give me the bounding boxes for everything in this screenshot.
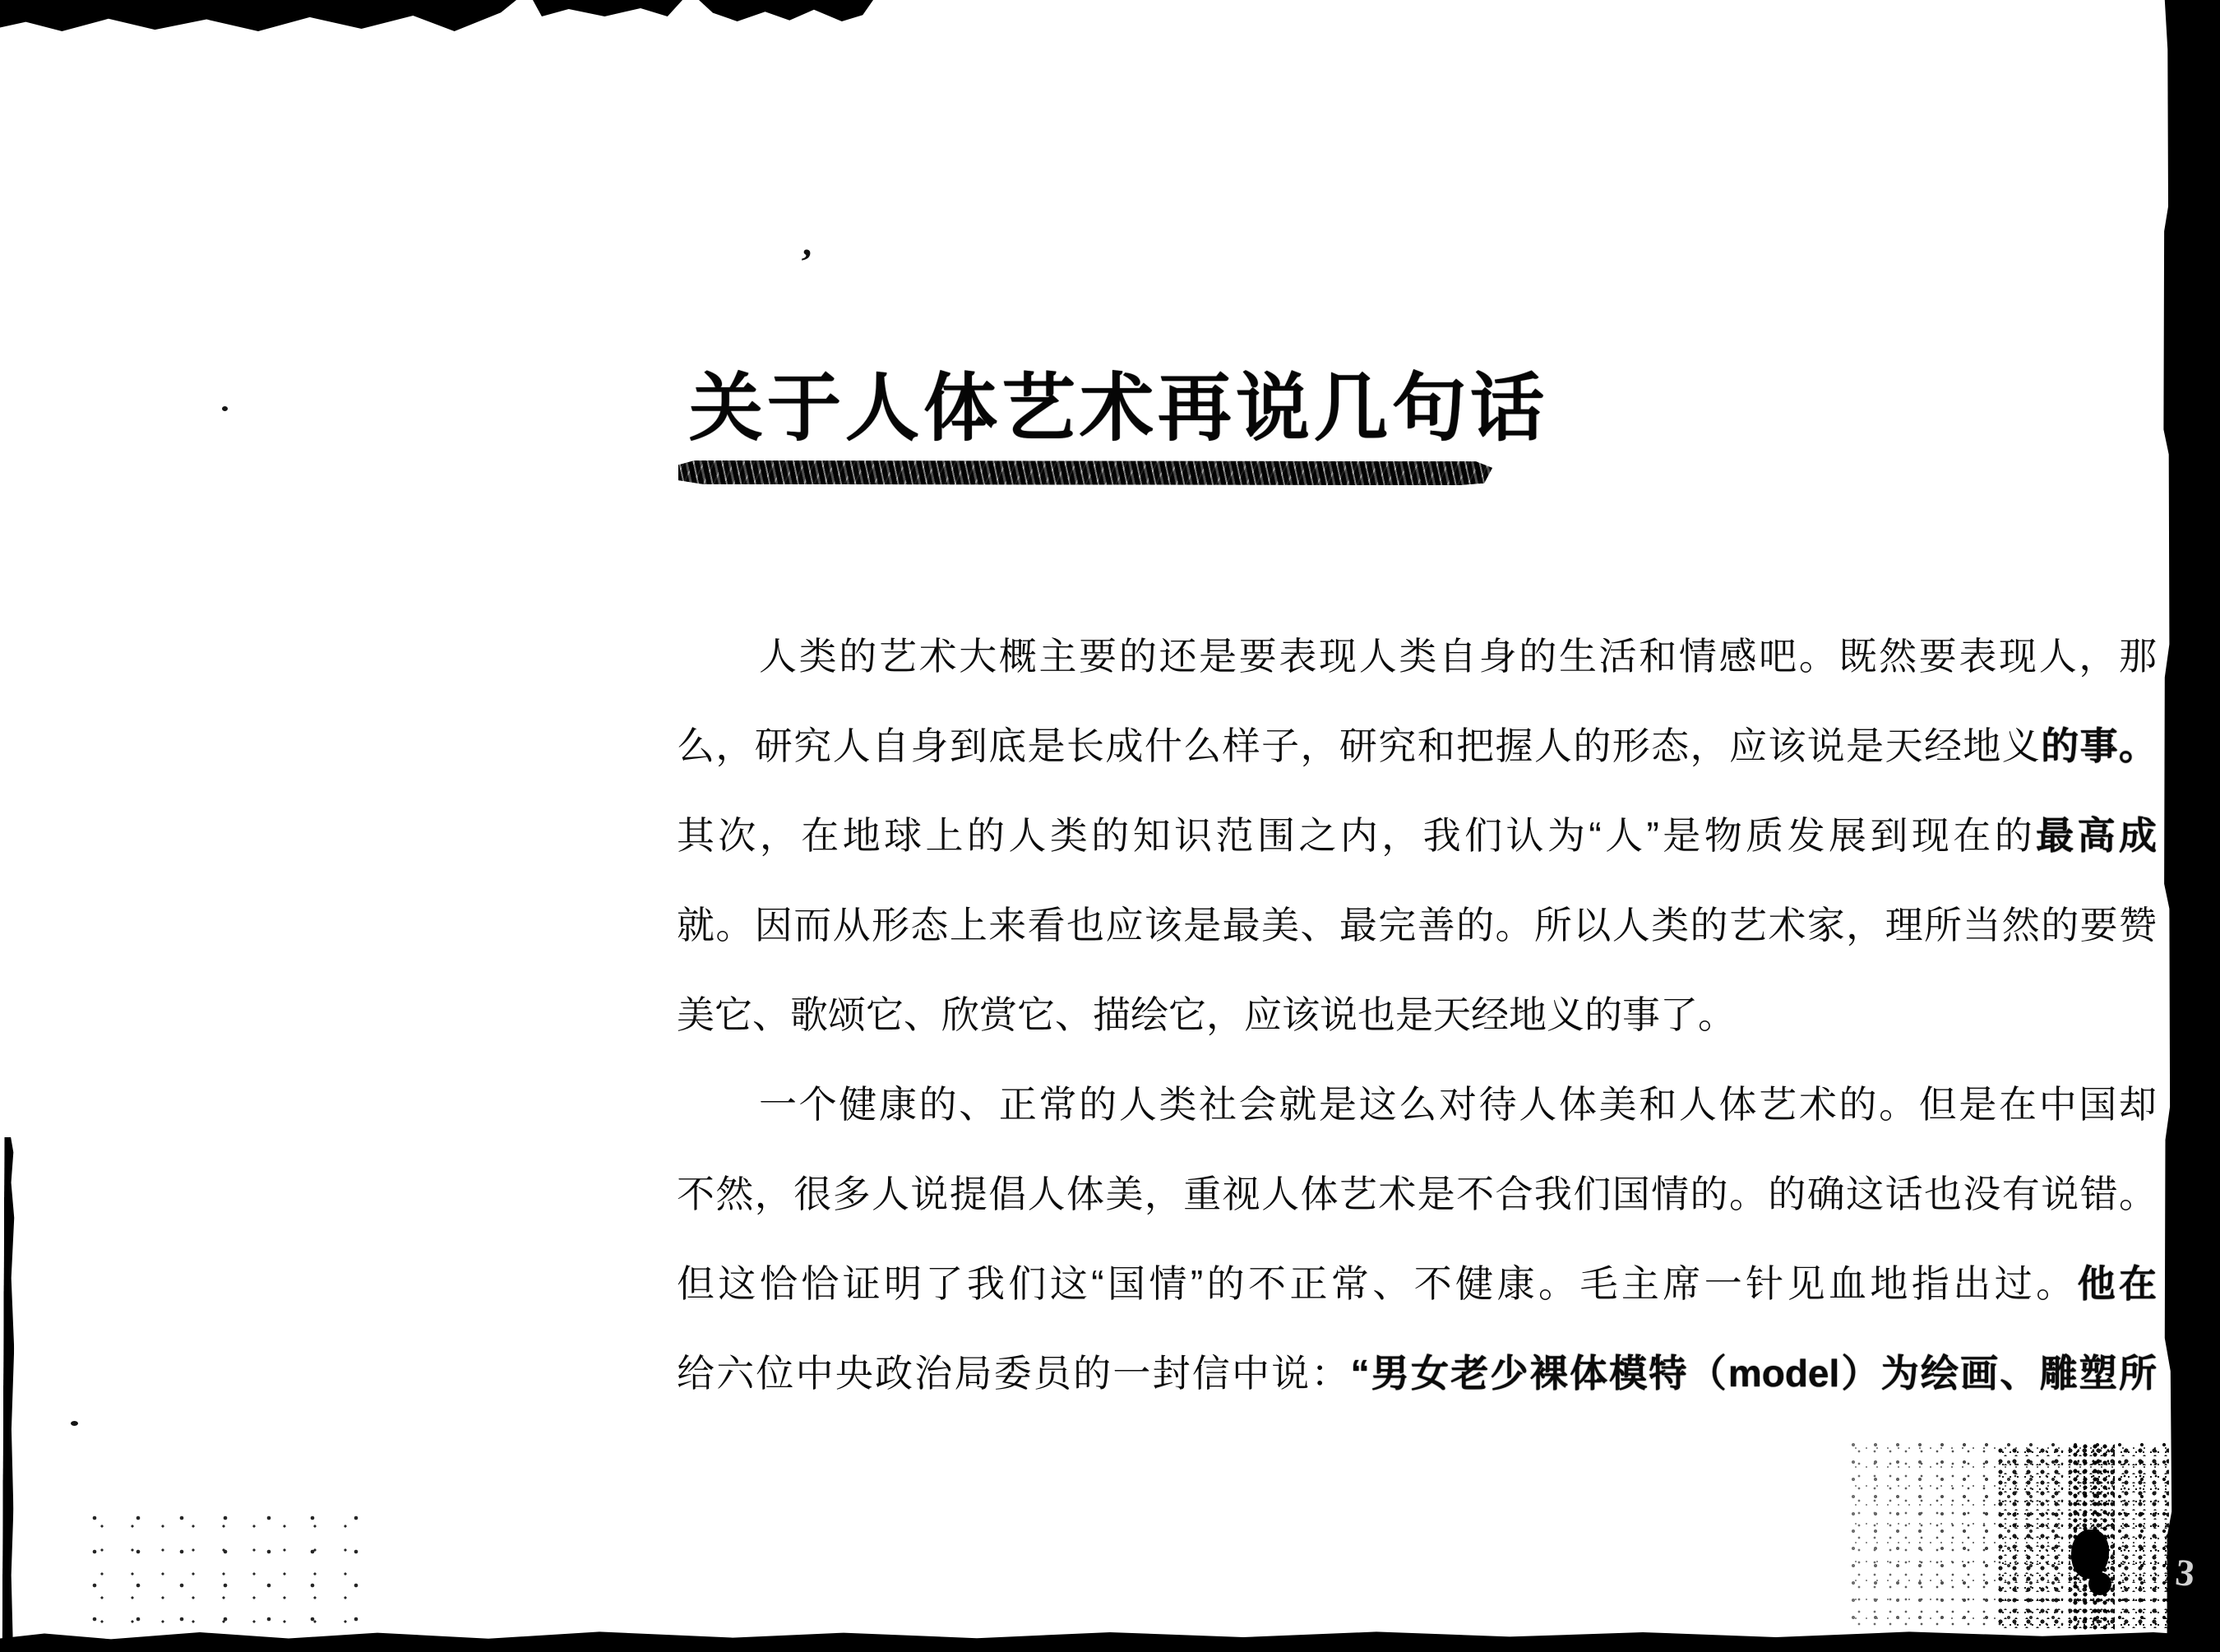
body-text: 人类的艺术大概主要的还是要表现人类自身的生活和情感吧。既然要表现人，那么，研究人… (677, 612, 2157, 1418)
scan-border-bottom (0, 1627, 2220, 1652)
body-text-line: 但这恰恰证明了我们这“国情”的不正常、不健康。毛主席一针见血地指出过。他在 (677, 1239, 2157, 1329)
body-text-line: 一个健康的、正常的人类社会就是这么对待人体美和人体艺术的。但是在中国却 (677, 1060, 2157, 1150)
ink-dot (222, 406, 228, 411)
scan-border-right (2162, 0, 2220, 1652)
title-underline-texture (678, 460, 1492, 485)
body-text-line: 美它、歌颂它、欣赏它、描绘它，应该说也是天经地义的事了。 (677, 970, 2157, 1060)
body-text-line: 不然，很多人说提倡人体美，重视人体艺术是不合我们国情的。的确这话也没有说错。 (677, 1150, 2157, 1239)
scan-border-left (2, 1137, 16, 1640)
scan-border-tear-top (699, 0, 873, 21)
body-text-line: 就。因而从形态上来看也应该是最美、最完善的。所以人类的艺术家，理所当然的要赞 (677, 881, 2157, 970)
ink-blob (2088, 1572, 2111, 1595)
body-text-line: 么，研究人自身到底是长成什么样子，研究和把握人的形态，应该说是天经地义的事。 (677, 701, 2157, 791)
scanned-book-page: 关于人体艺术再说几句话 ’ 人类的艺术大概主要的还是要表现人类自身的生活和情感吧… (0, 0, 2220, 1652)
body-text-line: 其次，在地球上的人类的知识范围之内，我们认为“人”是物质发展到现在的最高成 (677, 791, 2157, 881)
body-text-line: 人类的艺术大概主要的还是要表现人类自身的生活和情感吧。既然要表现人，那 (677, 612, 2157, 701)
page-title: 关于人体艺术再说几句话 (689, 368, 1548, 450)
ink-dot (71, 1421, 78, 1426)
body-text-line: 给六位中央政治局委员的一封信中说：“男女老少裸体模特（model）为绘画、雕塑所 (677, 1329, 2157, 1418)
scan-border-tear-top (533, 0, 682, 16)
stray-ink-mark: ’ (796, 239, 815, 285)
scan-border-tear-top (0, 0, 516, 31)
scan-noise-bottom-left (90, 1513, 362, 1628)
